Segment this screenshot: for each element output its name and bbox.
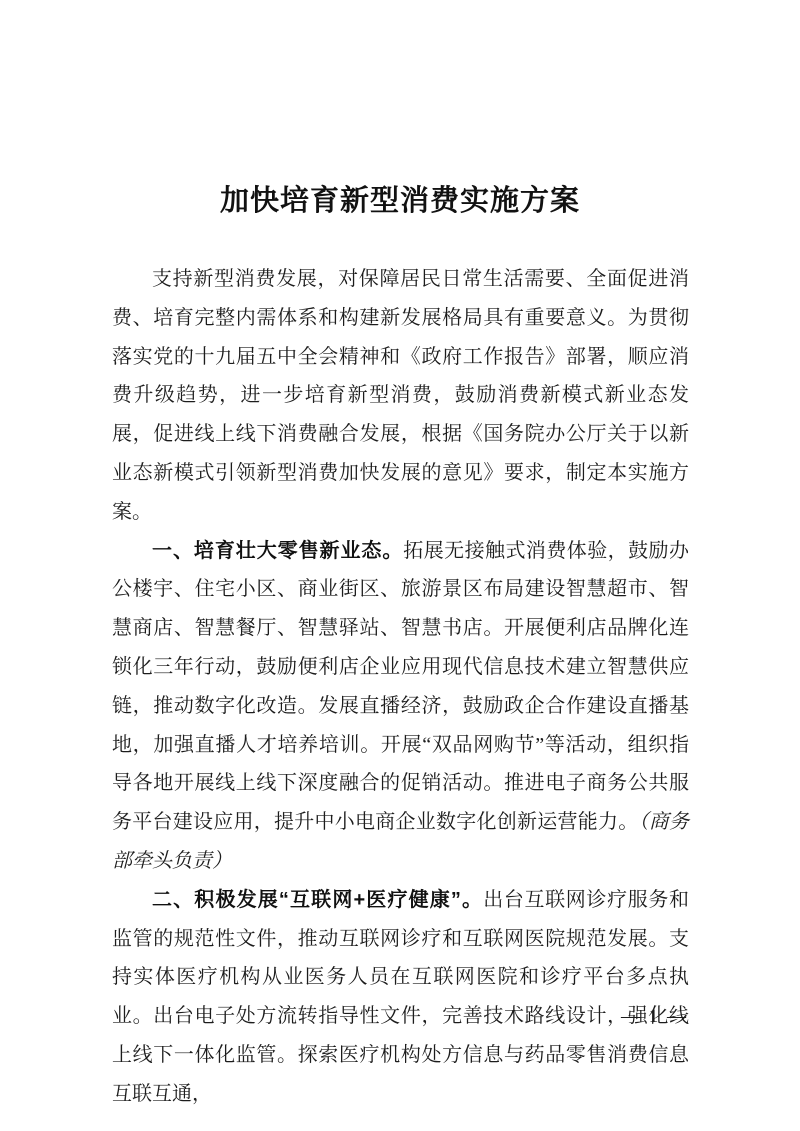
section-heading: 一、培育壮大零售新业态。 <box>152 540 403 562</box>
page-number: — 1 — <box>621 1006 688 1028</box>
intro-paragraph: 支持新型消费发展，对保障居民日常生活需要、全面促进消费、培育完整内需体系和构建新… <box>112 260 689 532</box>
document-title: 加快培育新型消费实施方案 <box>0 178 800 219</box>
text-run: 支持新型消费发展，对保障居民日常生活需要、全面促进消费、培育完整内需体系和构建新… <box>112 268 689 523</box>
text-run: 出台互联网诊疗服务和监管的规范性文件，推动互联网诊疗和互联网医院规范发展。支持实… <box>112 889 689 1105</box>
section-heading: 二、积极发展“互联网+医疗健康”。 <box>152 889 483 911</box>
document-body: 支持新型消费发展，对保障居民日常生活需要、全面促进消费、培育完整内需体系和构建新… <box>112 260 689 1114</box>
section-2-paragraph: 二、积极发展“互联网+医疗健康”。出台互联网诊疗服务和监管的规范性文件，推动互联… <box>112 881 689 1114</box>
section-1-paragraph: 一、培育壮大零售新业态。拓展无接触式消费体验，鼓励办公楼宇、住宅小区、商业街区、… <box>112 532 689 881</box>
document-page: 加快培育新型消费实施方案 支持新型消费发展，对保障居民日常生活需要、全面促进消费… <box>0 0 800 1131</box>
text-run: 拓展无接触式消费体验，鼓励办公楼宇、住宅小区、商业街区、旅游景区布局建设智慧超市… <box>112 540 689 834</box>
